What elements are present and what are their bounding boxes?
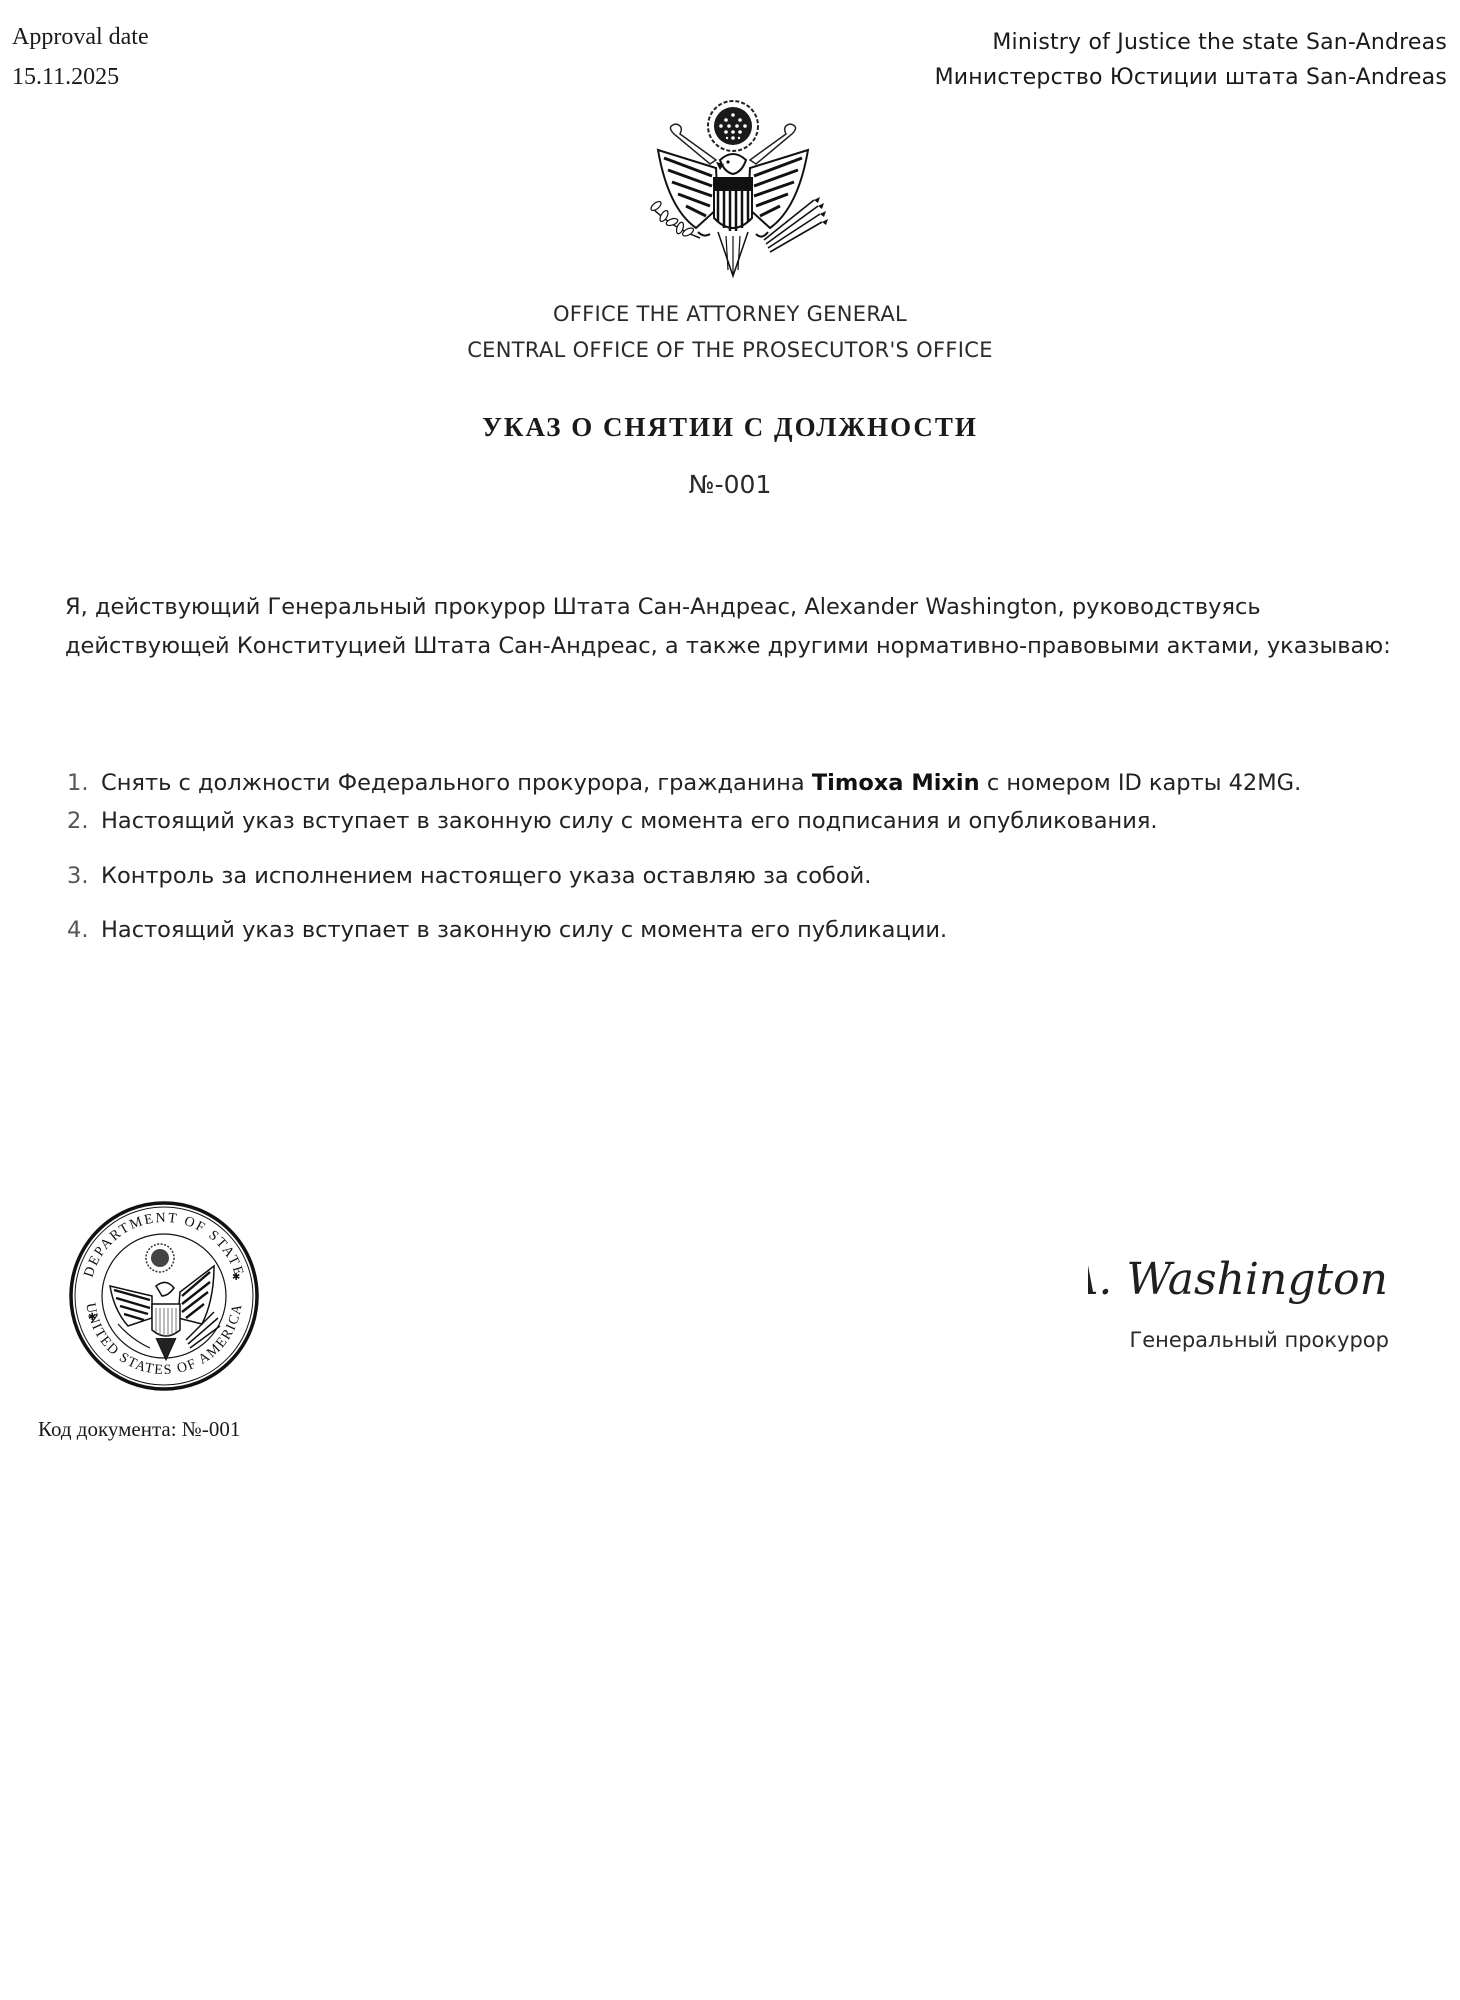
department-of-state-seal-icon: DEPARTMENT OF STATE UNITED STATES OF AME… <box>68 1200 260 1392</box>
order-text: с номером ID карты 42MG. <box>980 770 1302 796</box>
list-item: 2. Настоящий указ вступает в законную си… <box>65 802 1405 840</box>
great-seal-eagle-icon <box>638 98 828 280</box>
list-item-number: 4. <box>67 911 88 949</box>
preamble-paragraph: Я, действующий Генеральный прокурор Штат… <box>65 588 1405 666</box>
approval-date: 15.11.2025 <box>12 57 149 97</box>
orders-list: 1. Снять с должности Федерального прокур… <box>65 764 1405 949</box>
office-line-1: OFFICE THE ATTORNEY GENERAL <box>0 296 1460 332</box>
signer-position: Генеральный прокурор <box>1129 1328 1389 1352</box>
ministry-header: Ministry of Justice the state San-Andrea… <box>935 25 1447 95</box>
svg-text:✱: ✱ <box>88 1312 96 1323</box>
order-text: Контроль за исполнением настоящего указа… <box>101 863 871 889</box>
list-item-number: 2. <box>67 802 88 840</box>
ministry-name-ru: Министерство Юстиции штата San-Andreas <box>935 60 1447 95</box>
order-text: Снять с должности Федерального прокурора… <box>101 770 812 796</box>
list-item-number: 1. <box>67 764 88 802</box>
list-item: 1. Снять с должности Федерального прокур… <box>65 764 1405 802</box>
document-number: №-001 <box>0 470 1460 499</box>
document-title: УКАЗ О СНЯТИИ С ДОЛЖНОСТИ <box>0 412 1460 443</box>
list-item: 3. Контроль за исполнением настоящего ук… <box>65 857 1405 895</box>
person-name: Timoxa Mixin <box>812 770 980 796</box>
ministry-name-en: Ministry of Justice the state San-Andrea… <box>935 25 1447 60</box>
list-item: 4. Настоящий указ вступает в законную си… <box>65 911 1405 949</box>
approval-block: Approval date 15.11.2025 <box>12 17 149 97</box>
signature-text: A. Washington <box>1088 1254 1388 1305</box>
signature: A. Washington <box>1088 1238 1398 1318</box>
svg-text:✱: ✱ <box>232 1272 240 1283</box>
order-text: Настоящий указ вступает в законную силу … <box>101 808 1158 834</box>
document-code: Код документа: №-001 <box>38 1417 240 1442</box>
order-text: Настоящий указ вступает в законную силу … <box>101 917 947 943</box>
office-heading: OFFICE THE ATTORNEY GENERAL CENTRAL OFFI… <box>0 296 1460 368</box>
approval-label: Approval date <box>12 17 149 57</box>
office-line-2: CENTRAL OFFICE OF THE PROSECUTOR'S OFFIC… <box>0 332 1460 368</box>
list-item-number: 3. <box>67 857 88 895</box>
